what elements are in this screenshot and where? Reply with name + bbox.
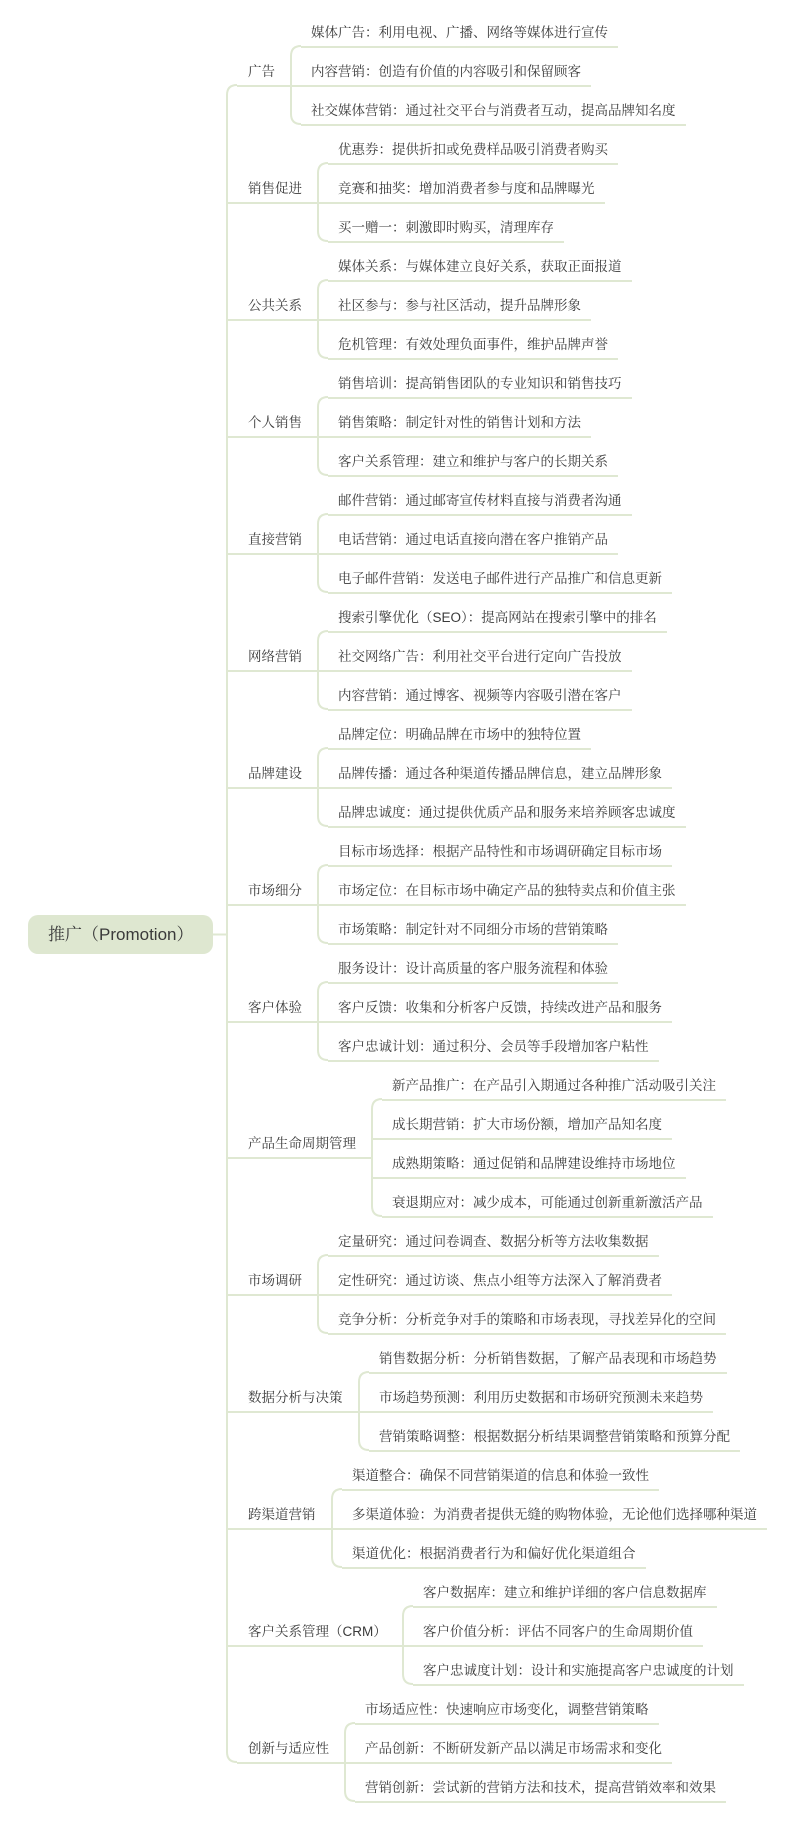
leaf-node[interactable]: 媒体广告：利用电视、广播、网络等媒体进行宣传: [301, 19, 618, 48]
branch-node-7[interactable]: 市场细分: [227, 877, 318, 906]
branch-node-6[interactable]: 品牌建设: [227, 760, 318, 789]
branch-node-8[interactable]: 客户体验: [227, 994, 318, 1023]
leaf-node[interactable]: 销售数据分析：分析销售数据，了解产品表现和市场趋势: [369, 1345, 727, 1374]
leaf-node[interactable]: 社区参与：参与社区活动，提升品牌形象: [318, 292, 591, 321]
branch-node-9[interactable]: 产品生命周期管理: [227, 1130, 372, 1159]
leaf-node[interactable]: 定量研究：通过问卷调查、数据分析等方法收集数据: [328, 1228, 659, 1257]
leaf-node[interactable]: 市场趋势预测：利用历史数据和市场研究预测未来趋势: [359, 1384, 713, 1413]
leaf-node[interactable]: 衰退期应对：减少成本，可能通过创新重新激活产品: [382, 1189, 713, 1218]
root-node-promotion[interactable]: 推广（Promotion）: [28, 915, 213, 954]
leaf-node[interactable]: 电子邮件营销：发送电子邮件进行产品推广和信息更新: [328, 565, 672, 594]
leaf-node[interactable]: 销售培训：提高销售团队的专业知识和销售技巧: [328, 370, 632, 399]
leaf-node[interactable]: 市场适应性：快速响应市场变化，调整营销策略: [355, 1696, 659, 1725]
branch-node-0[interactable]: 广告: [237, 58, 291, 87]
branch-node-1[interactable]: 销售促进: [227, 175, 318, 204]
leaf-node[interactable]: 客户数据库：建立和维护详细的客户信息数据库: [413, 1579, 717, 1608]
leaf-node[interactable]: 新产品推广：在产品引入期通过各种推广活动吸引关注: [382, 1072, 726, 1101]
leaf-node[interactable]: 内容营销：通过博客、视频等内容吸引潜在客户: [328, 682, 632, 711]
leaf-node[interactable]: 成长期营销：扩大市场份额，增加产品知名度: [372, 1111, 672, 1140]
leaf-node[interactable]: 媒体关系：与媒体建立良好关系，获取正面报道: [328, 253, 632, 282]
leaf-node[interactable]: 定性研究：通过访谈、焦点小组等方法深入了解消费者: [318, 1267, 672, 1296]
leaf-node[interactable]: 客户关系管理：建立和维护与客户的长期关系: [328, 448, 618, 477]
leaf-node[interactable]: 危机管理：有效处理负面事件，维护品牌声誉: [328, 331, 618, 360]
leaf-node[interactable]: 目标市场选择：根据产品特性和市场调研确定目标市场: [328, 838, 672, 867]
leaf-node[interactable]: 渠道整合：确保不同营销渠道的信息和体验一致性: [342, 1462, 659, 1491]
branch-node-14[interactable]: 创新与适应性: [237, 1735, 345, 1764]
leaf-node[interactable]: 电话营销：通过电话直接向潜在客户推销产品: [318, 526, 618, 555]
leaf-node[interactable]: 产品创新：不断研发新产品以满足市场需求和变化: [345, 1735, 672, 1764]
mindmap-canvas: 推广（Promotion） 广告媒体广告：利用电视、广播、网络等媒体进行宣传内容…: [0, 0, 808, 1838]
leaf-node[interactable]: 多渠道体验：为消费者提供无缝的购物体验，无论他们选择哪种渠道: [332, 1501, 767, 1530]
leaf-node[interactable]: 成熟期策略：通过促销和品牌建设维持市场地位: [372, 1150, 686, 1179]
leaf-node[interactable]: 客户忠诚计划：通过积分、会员等手段增加客户粘性: [328, 1033, 659, 1062]
leaf-node[interactable]: 品牌忠诚度：通过提供优质产品和服务来培养顾客忠诚度: [328, 799, 686, 828]
leaf-node[interactable]: 内容营销：创造有价值的内容吸引和保留顾客: [291, 58, 591, 87]
branch-node-10[interactable]: 市场调研: [227, 1267, 318, 1296]
leaf-node[interactable]: 营销策略调整：根据数据分析结果调整营销策略和预算分配: [369, 1423, 740, 1452]
leaf-node[interactable]: 社交网络广告：利用社交平台进行定向广告投放: [318, 643, 632, 672]
leaf-node[interactable]: 市场策略：制定针对不同细分市场的营销策略: [328, 916, 618, 945]
branch-node-2[interactable]: 公共关系: [227, 292, 318, 321]
branch-node-5[interactable]: 网络营销: [227, 643, 318, 672]
branch-node-3[interactable]: 个人销售: [227, 409, 318, 438]
leaf-node[interactable]: 营销创新：尝试新的营销方法和技术，提高营销效率和效果: [355, 1774, 726, 1803]
branch-node-13[interactable]: 客户关系管理（CRM）: [227, 1618, 403, 1647]
branch-node-11[interactable]: 数据分析与决策: [227, 1384, 359, 1413]
leaf-node[interactable]: 品牌定位：明确品牌在市场中的独特位置: [328, 721, 591, 750]
leaf-node[interactable]: 邮件营销：通过邮寄宣传材料直接与消费者沟通: [328, 487, 632, 516]
leaf-node[interactable]: 市场定位：在目标市场中确定产品的独特卖点和价值主张: [318, 877, 686, 906]
branch-node-12[interactable]: 跨渠道营销: [227, 1501, 332, 1530]
leaf-node[interactable]: 优惠券：提供折扣或免费样品吸引消费者购买: [328, 136, 618, 165]
leaf-node[interactable]: 竞争分析：分析竞争对手的策略和市场表现，寻找差异化的空间: [328, 1306, 726, 1335]
leaf-node[interactable]: 搜索引擎优化（SEO）：提高网站在搜索引擎中的排名: [328, 604, 667, 633]
branch-node-4[interactable]: 直接营销: [227, 526, 318, 555]
leaf-node[interactable]: 客户反馈：收集和分析客户反馈，持续改进产品和服务: [318, 994, 672, 1023]
leaf-node[interactable]: 社交媒体营销：通过社交平台与消费者互动，提高品牌知名度: [301, 97, 686, 126]
leaf-node[interactable]: 客户忠诚度计划：设计和实施提高客户忠诚度的计划: [413, 1657, 744, 1686]
leaf-node[interactable]: 竞赛和抽奖：增加消费者参与度和品牌曝光: [318, 175, 605, 204]
leaf-node[interactable]: 渠道优化：根据消费者行为和偏好优化渠道组合: [342, 1540, 646, 1569]
leaf-node[interactable]: 服务设计：设计高质量的客户服务流程和体验: [328, 955, 618, 984]
leaf-node[interactable]: 客户价值分析：评估不同客户的生命周期价值: [403, 1618, 703, 1647]
leaf-node[interactable]: 销售策略：制定针对性的销售计划和方法: [318, 409, 591, 438]
leaf-node[interactable]: 买一赠一：刺激即时购买，清理库存: [328, 214, 564, 243]
leaf-node[interactable]: 品牌传播：通过各种渠道传播品牌信息，建立品牌形象: [318, 760, 672, 789]
